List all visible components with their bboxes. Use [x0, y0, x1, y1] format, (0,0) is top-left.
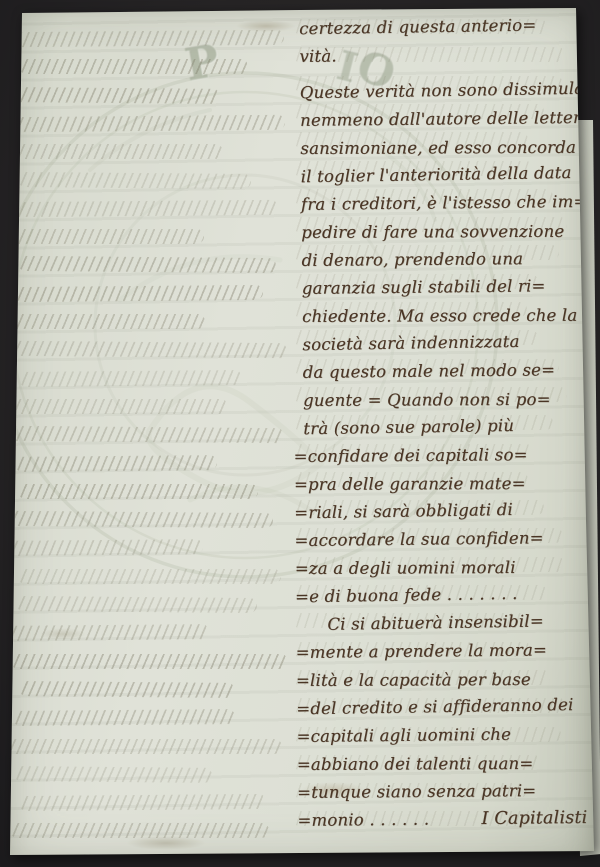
- photographed-manuscript: P I O certezza di questa anterio= vità. …: [0, 0, 600, 867]
- bleedthrough-row: [18, 171, 251, 188]
- manuscript-line: =tunque siano senza patri=: [297, 777, 593, 807]
- bleedthrough-row: [13, 30, 284, 47]
- manuscript-line: =confidare dei capitali so=: [294, 441, 590, 471]
- manuscript-line: =monio . . . . . . I Capitalisti: [297, 804, 593, 835]
- manuscript-line: =del credito e si affideranno dei: [296, 691, 592, 724]
- manuscript-line: Ci si abituerà insensibil=: [295, 607, 591, 640]
- stain: [236, 20, 296, 32]
- manuscript-line: Queste verità non sono dissimulate: [290, 75, 586, 108]
- bleedthrough-row: [7, 314, 205, 329]
- bleedthrough-row: [15, 285, 263, 302]
- bleedthrough-row: [15, 455, 217, 472]
- bleedthrough-row: [18, 569, 282, 584]
- stain: [40, 628, 86, 640]
- paragraph: certezza di questa anterio= vità.: [289, 12, 586, 71]
- manuscript-line: fra i creditori, è l'istesso che im=: [291, 188, 587, 219]
- manuscript-line: =accordare la sua confiden=: [294, 524, 590, 555]
- bleedthrough-row: [7, 115, 285, 132]
- manuscript-line: nemmeno dall'autore delle lettere: [290, 104, 586, 135]
- paragraph: Queste verità non sono dissimulate nemme…: [290, 76, 592, 611]
- bleedthrough-row: [16, 596, 257, 613]
- bleedthrough-row: [11, 654, 288, 669]
- manuscript-line: =riali, si sarà obbligati di: [294, 495, 590, 528]
- paper-shadow-wrap: P I O certezza di questa anterio= vità. …: [0, 0, 600, 867]
- manuscript-line: =abbiano dei talenti quan=: [297, 750, 593, 779]
- bleedthrough-row: [12, 341, 287, 358]
- manuscript-line: pedire di fare una sovvenzione: [291, 218, 587, 247]
- bleedthrough-row: [14, 766, 212, 783]
- closing-phrase: I Capitalisti: [481, 804, 587, 833]
- bleedthrough-row: [10, 823, 269, 838]
- bleedthrough-row: [13, 709, 235, 726]
- bleedthrough-row: [7, 739, 282, 754]
- manuscript-line: garanzia sugli stabili del ri=: [292, 272, 588, 303]
- bleedthrough-row: [7, 426, 284, 443]
- manuscript-line: =capitali agli uomini che: [296, 720, 592, 751]
- bleedthrough-row: [9, 540, 203, 557]
- bleedthrough-row: [12, 399, 227, 414]
- manuscript-line: società sarà indennizzata: [292, 327, 588, 360]
- bleedthrough-row: [16, 144, 223, 159]
- manuscript-line: certezza di questa anterio=: [289, 11, 585, 44]
- bleedthrough-row: [9, 200, 278, 217]
- bleedthrough-row: [18, 256, 276, 273]
- manuscript-line: il toglier l'anteriorità della data: [290, 159, 586, 192]
- bleedthrough-row: [19, 794, 266, 811]
- bleedthrough-row: [19, 681, 235, 698]
- paragraph: Ci si abituerà insensibil= =mente a pren…: [295, 608, 593, 835]
- stain: [126, 836, 206, 850]
- manuscript-text: certezza di questa anterio= vità. Queste…: [289, 12, 594, 835]
- bleedthrough-row: [9, 229, 204, 244]
- seal-letter: P: [182, 36, 223, 92]
- bleedthrough-row: [9, 511, 273, 528]
- manuscript-page: P I O certezza di questa anterio= vità. …: [0, 0, 600, 867]
- bleedthrough-row: [7, 624, 209, 641]
- manuscript-line: da questo male nel modo se=: [293, 356, 589, 387]
- bleedthrough-row: [18, 484, 258, 499]
- line-end-text: =monio . . . . . .: [297, 806, 429, 835]
- manuscript-line: =mente a prendere la mora=: [296, 636, 592, 667]
- bleedthrough-row: [19, 370, 242, 387]
- manuscript-line: di denaro, prendendo una: [291, 245, 587, 275]
- manuscript-line: trà (sono sue parole) più: [293, 411, 589, 444]
- manuscript-line: vità.: [289, 40, 585, 71]
